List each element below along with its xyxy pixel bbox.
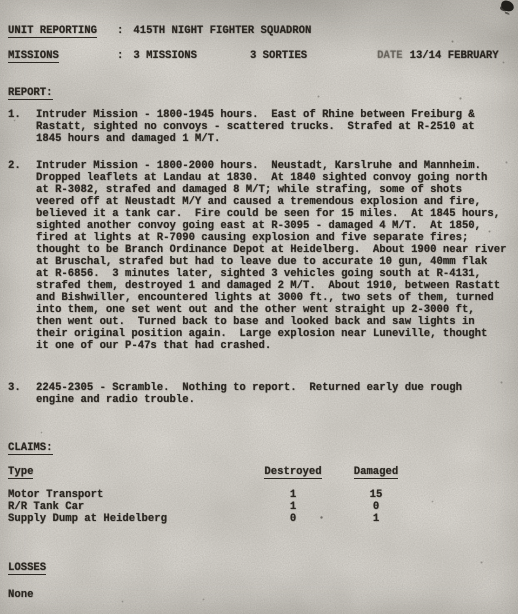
losses-heading: LOSSES — [8, 562, 46, 574]
claim-damaged: 0 — [343, 501, 409, 513]
claims-heading: CLAIMS: — [8, 442, 53, 454]
colon: : — [117, 25, 123, 37]
claims-col-damaged: Damaged — [354, 466, 399, 478]
claims-col-type: Type — [8, 466, 33, 478]
colon: : — [117, 50, 123, 62]
losses-value: None — [8, 589, 33, 601]
claims-row: R/R Tank Car 1 0 — [8, 501, 409, 513]
ink-blot — [500, 0, 515, 13]
claims-column-headers: Type Destroyed Damaged — [8, 466, 409, 478]
claim-destroyed: 0 — [243, 513, 343, 525]
header-row-missions: MISSIONS:3 MISSIONS3 SORTIESDATE13/14 FE… — [8, 50, 499, 62]
document-page: UNIT REPORTING:415TH NIGHT FIGHTER SQUAD… — [0, 0, 518, 614]
claim-type: R/R Tank Car — [8, 501, 243, 513]
date-value: 13/14 FEBRUARY — [410, 50, 499, 62]
item-number: 2. — [8, 160, 36, 352]
claims-row: Motor Transport 1 15 — [8, 489, 409, 501]
item-text: Intruder Mission - 1800-2000 hours. Neus… — [36, 160, 506, 352]
claims-row: Supply Dump at Heidelberg 0 1 — [8, 513, 409, 525]
claim-destroyed: 1 — [243, 501, 343, 513]
item-text: 2245-2305 - Scramble. Nothing to report.… — [36, 382, 462, 406]
missions-label: MISSIONS — [8, 50, 117, 62]
item-number: 3. — [8, 382, 36, 406]
item-number: 1. — [8, 109, 36, 145]
claim-damaged: 15 — [343, 489, 409, 501]
date-label: DATE — [377, 50, 402, 62]
report-item-3: 3. 2245-2305 - Scramble. Nothing to repo… — [8, 382, 462, 406]
header-row-unit: UNIT REPORTING:415TH NIGHT FIGHTER SQUAD… — [8, 25, 311, 37]
report-item-1: 1. Intruder Mission - 1800-1945 hours. E… — [8, 109, 475, 145]
report-item-2: 2. Intruder Mission - 1800-2000 hours. N… — [8, 160, 506, 352]
paper-noise — [0, 0, 1, 1]
claim-destroyed: 1 — [243, 489, 343, 501]
claim-type: Supply Dump at Heidelberg — [8, 513, 243, 525]
report-heading: REPORT: — [8, 87, 53, 99]
unit-reporting-label: UNIT REPORTING — [8, 25, 117, 37]
claims-col-destroyed: Destroyed — [264, 466, 321, 478]
claim-type: Motor Transport — [8, 489, 243, 501]
sorties-value: 3 SORTIES — [250, 50, 307, 62]
item-text: Intruder Mission - 1800-1945 hours. East… — [36, 109, 475, 145]
missions-value: 3 MISSIONS — [133, 50, 197, 62]
unit-reporting-value: 415TH NIGHT FIGHTER SQUADRON — [133, 25, 311, 37]
claim-damaged: 1 — [343, 513, 409, 525]
